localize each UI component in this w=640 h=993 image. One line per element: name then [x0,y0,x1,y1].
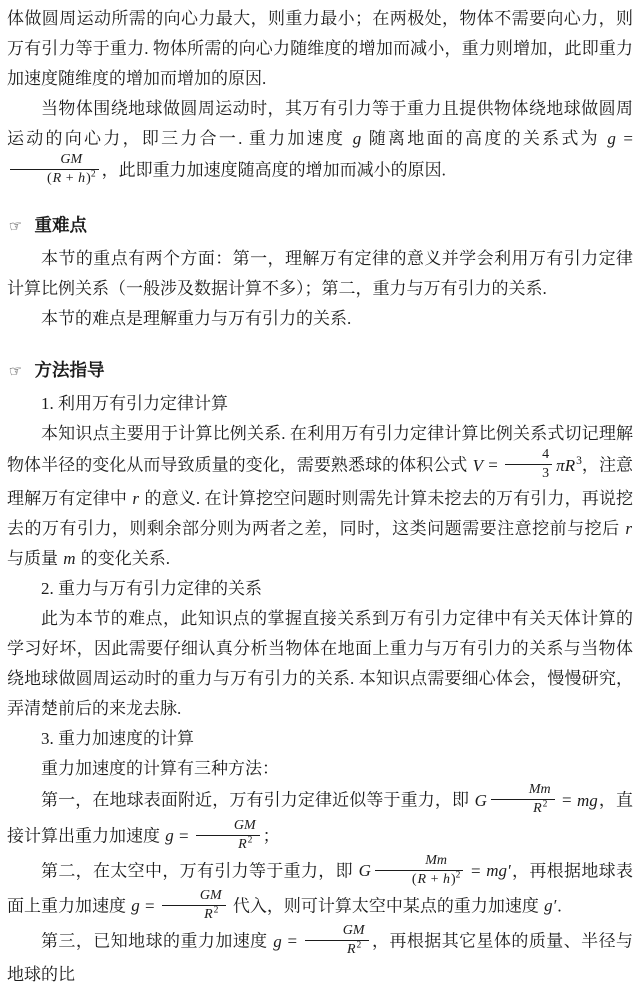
text-run: = [141,896,159,915]
text-run: 3. 重力加速度的计算 [41,729,194,748]
text-run: 的变化关系. [77,549,171,568]
text-run: + [427,872,442,887]
text-run: 3 [542,466,549,481]
fraction-numerator: Mm [491,782,555,800]
math-variable: V [472,456,484,475]
fraction-denominator: (R + h)2 [375,871,464,888]
section-heading-label: 方法指导 [34,360,104,380]
math-variable: πR [555,456,576,475]
text-run: 本节的难点是理解重力与万有引力的关系. [41,309,351,328]
math-variable: G [474,791,488,810]
text-run: = [175,826,193,845]
fraction-denominator: R2 [305,941,369,958]
math-variable: R [346,942,357,957]
text-run: + [62,171,77,186]
section-heading-method-guidance: ☞方法指导 [7,355,633,387]
fraction-denominator: R2 [491,800,555,817]
paragraph: 1. 利用万有引力定律计算 [7,389,633,419]
pointing-hand-icon: ☞ [7,211,24,243]
text-run: 第二，在太空中，万有引力等于重力，即 [41,861,358,880]
math-fraction: GMR2 [162,888,226,923]
paragraph: 第一，在地球表面附近，万有引力定律近似等于重力，即 GMmR2 = mg，直接计… [7,784,633,854]
text-run: 4 [542,447,549,462]
text-run: 随离地面的高度的关系式为 [362,129,606,148]
math-superscript: 2 [543,800,548,810]
paragraph: 本节的难点是理解重力与万有引力的关系. [7,304,633,334]
math-variable: GM [342,923,366,938]
math-variable: GM [199,888,223,903]
math-superscript: 2 [91,169,96,179]
math-superscript: 2 [456,870,461,880]
math-variable: Mm [528,782,552,797]
math-variable: R [237,837,248,852]
math-variable: GM [233,818,257,833]
paragraph: 2. 重力与万有引力定律的关系 [7,574,633,604]
math-variable: G [358,861,372,880]
text-run: 2. 重力与万有引力定律的关系 [41,579,262,598]
paragraph: 此为本节的难点，此知识点的掌握直接关系到万有引力定律中有关天体计算的学习好坏，因… [7,604,633,724]
math-variable: g′ [543,896,557,915]
math-variable: mg [576,791,599,810]
text-run: 重力加速度的计算有三种方法： [41,759,279,778]
text-run: ( [412,872,417,887]
fraction-denominator: R2 [196,836,260,853]
math-variable: mg′ [485,861,512,880]
text-run: 第三，已知地球的重力加速度 [41,932,272,951]
text-run: 本节的重点有两个方面：第一，理解万有定律的意义并学会利用万有引力定律计算比例关系… [7,249,633,298]
fraction-denominator: R2 [162,906,226,923]
text-run: = [484,456,502,475]
text-run: = [558,791,576,810]
math-variable: GM [59,152,83,167]
text-run: 体做圆周运动所需的向心力最大，则重力最小；在两极处，物体不需要向心力，则万有引力… [7,9,633,88]
math-fraction: GMR2 [196,818,260,853]
text-run: 第一，在地球表面附近，万有引力定律近似等于重力，即 [41,791,474,810]
text-run: ； [263,826,280,845]
paragraph: 3. 重力加速度的计算 [7,724,633,754]
pointing-hand-icon: ☞ [7,356,24,388]
text-run: 与质量 [7,549,62,568]
math-variable: g [164,826,175,845]
section-heading-key-points: ☞重难点 [7,210,633,242]
math-variable: h [77,171,86,186]
paragraph: 第二，在太空中，万有引力等于重力，即 GMm(R + h)2 = mg′，再根据… [7,855,633,925]
text-run: ，此即重力加速度随高度的增加而减小的原因. [102,161,446,180]
text-run: = [617,129,633,148]
paragraph: 本知识点主要用于计算比例关系. 在利用万有引力定律计算比例关系式切记理解物体半径… [7,419,633,574]
math-superscript: 2 [248,835,253,845]
paragraph: 本节的重点有两个方面：第一，理解万有定律的意义并学会利用万有引力定律计算比例关系… [7,244,633,304]
math-variable: R [532,801,543,816]
fraction-numerator: GM [305,923,369,941]
math-superscript: 2 [214,905,219,915]
text-run: = [466,861,485,880]
math-variable: r [131,489,140,508]
text-run: 代入，则可计算太空中某点的重力加速度 [229,896,544,915]
section-heading-label: 重难点 [34,215,87,235]
fraction-numerator: Mm [375,853,464,871]
fraction-numerator: GM [10,152,99,170]
math-variable: g [352,129,363,148]
math-variable: m [62,549,76,568]
fraction-denominator: 3 [505,465,552,482]
math-fraction: Mm(R + h)2 [375,853,464,888]
math-variable: R [417,872,428,887]
math-fraction: GMR2 [305,923,369,958]
math-variable: g [130,896,141,915]
document-page: 体做圆周运动所需的向心力最大，则重力最小；在两极处，物体不需要向心力，则万有引力… [0,0,640,993]
math-variable: r [624,519,633,538]
math-variable: h [442,872,451,887]
fraction-numerator: GM [196,818,260,836]
text-run: . [557,896,561,915]
math-variable: g [606,129,617,148]
text-run: ( [47,171,52,186]
math-fraction: 43 [505,447,552,482]
math-variable: R [203,907,214,922]
math-variable: R [52,171,63,186]
fraction-numerator: 4 [505,447,552,465]
math-fraction: GM(R + h)2 [10,152,99,187]
document-body: 体做圆周运动所需的向心力最大，则重力最小；在两极处，物体不需要向心力，则万有引力… [7,4,633,990]
math-fraction: MmR2 [491,782,555,817]
math-superscript: 2 [357,941,362,951]
paragraph: 体做圆周运动所需的向心力最大，则重力最小；在两极处，物体不需要向心力，则万有引力… [7,4,633,94]
paragraph: 当物体围绕地球做圆周运动时，其万有引力等于重力且提供物体绕地球做圆周运动的向心力… [7,94,633,189]
text-run: = [283,932,302,951]
fraction-denominator: (R + h)2 [10,170,99,187]
fraction-numerator: GM [162,888,226,906]
paragraph: 第三，已知地球的重力加速度 g = GMR2，再根据其它星体的质量、半径与地球的… [7,925,633,990]
text-run: 此为本节的难点，此知识点的掌握直接关系到万有引力定律中有关天体计算的学习好坏，因… [7,609,633,718]
math-variable: g [272,932,283,951]
paragraph: 重力加速度的计算有三种方法： [7,754,633,784]
math-variable: Mm [424,853,448,868]
text-run: 1. 利用万有引力定律计算 [41,394,228,413]
